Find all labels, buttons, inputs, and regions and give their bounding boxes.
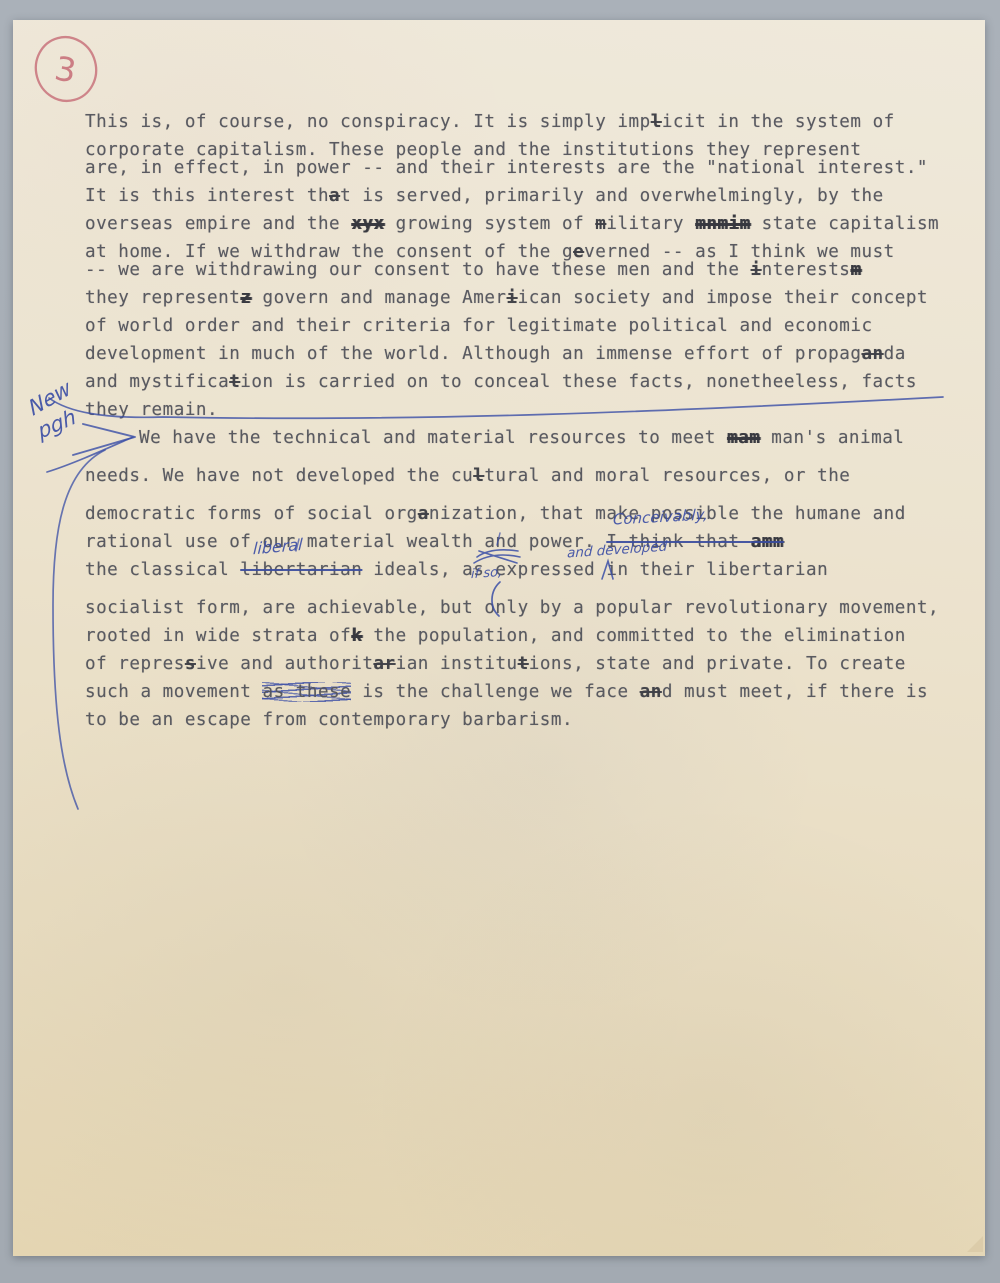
paper-sheet: 3 This is, of course, no conspiracy. It … — [13, 20, 985, 1256]
typed-segment: z — [240, 288, 251, 308]
typed-segment: and mystifica — [85, 372, 229, 392]
typed-line: such a movement as these is the challeng… — [85, 683, 977, 701]
typed-segment: growing system of — [385, 214, 596, 234]
typed-segment: state capitalism — [751, 214, 940, 234]
typed-segment: overseas empire and the — [85, 214, 351, 234]
typed-segment: l — [473, 466, 484, 486]
typed-segment: ilitary — [606, 214, 695, 234]
typed-segment: ican society and impose their concept — [518, 288, 928, 308]
typed-line: of repressive and authoritarian institut… — [85, 655, 977, 673]
typed-line: We have the technical and material resou… — [85, 429, 977, 447]
typed-segment: democratic forms of social org — [85, 504, 418, 524]
scan-background: { "page": { "kind": "typewritten manuscr… — [0, 0, 1000, 1283]
typed-segment: This is, of course, no conspiracy. It is… — [85, 112, 651, 132]
typed-line: democratic forms of social organization,… — [85, 505, 977, 523]
typed-segment: -- we are withdrawing our consent to hav… — [85, 260, 751, 280]
typed-segment: t — [229, 372, 240, 392]
typed-segment: the population, and committed to the eli… — [362, 626, 906, 646]
typed-segment: xyx — [351, 214, 384, 234]
typed-segment: an — [861, 344, 883, 364]
typed-line: rooted in wide strata ofk the population… — [85, 627, 977, 645]
typed-line: corporate capitalism. These people and t… — [85, 141, 977, 159]
typed-segment: e — [573, 242, 584, 262]
handwritten-insertion-if-so: if so, — [471, 565, 503, 582]
typed-segment: to be an escape from contemporary barbar… — [85, 710, 573, 730]
typed-segment: i — [751, 260, 762, 280]
typed-segment: needs. We have not developed the cu — [85, 466, 473, 486]
typed-line: needs. We have not developed the cultura… — [85, 467, 977, 485]
typed-segment: m — [850, 260, 861, 280]
typed-segment: govern and manage Amer — [251, 288, 506, 308]
typed-line: and mystification is carried on to conce… — [85, 373, 977, 391]
typed-line: at home. If we withdraw the consent of t… — [85, 243, 977, 261]
typed-segment: ions, state and private. To create — [529, 654, 906, 674]
typed-segment: corporate capitalism. These people and t… — [85, 140, 861, 160]
typed-segment: they remain. — [85, 400, 218, 420]
typed-segment: amm — [751, 532, 784, 552]
typed-segment: man's animal — [760, 428, 904, 448]
typed-line: -- we are withdrawing our consent to hav… — [85, 261, 977, 279]
typed-segment: libertarian — [240, 560, 362, 580]
typed-segment: verned -- as I think we must — [584, 242, 895, 262]
typed-segment: m — [595, 214, 606, 234]
typed-segment: an — [640, 682, 662, 702]
typed-segment: s — [185, 654, 196, 674]
typed-segment: of repres — [85, 654, 185, 674]
typed-line: the classical libertarian ideals, as exp… — [85, 561, 977, 579]
typed-segment: socialist form, are achievable, but only… — [85, 598, 939, 618]
typed-segment: icit in the system of — [662, 112, 895, 132]
typed-line: to be an escape from contemporary barbar… — [85, 711, 977, 729]
typed-line: rational use of our material wealth and … — [85, 533, 977, 551]
typed-segment: they represent — [85, 288, 240, 308]
typed-segment: mam — [727, 428, 760, 448]
typed-segment: rational use of our material wealth and … — [85, 532, 606, 552]
typed-segment: It is this interest th — [85, 186, 329, 206]
typed-segment: as these — [262, 682, 351, 702]
typed-segment: rooted in wide strata of — [85, 626, 351, 646]
typed-segment: development in much of the world. Althou… — [85, 344, 861, 364]
typed-segment: mnmim — [695, 214, 750, 234]
typed-segment: t is served, primarily and overwhelmingl… — [340, 186, 884, 206]
typed-line: This is, of course, no conspiracy. It is… — [85, 113, 977, 131]
typed-line: socialist form, are achievable, but only… — [85, 599, 977, 617]
typed-segment: ar — [373, 654, 395, 674]
typed-segment: nterests — [762, 260, 851, 280]
typed-segment: ion is carried on to conceal these facts… — [240, 372, 917, 392]
typed-segment: such a movement — [85, 682, 262, 702]
typed-segment: of world order and their criteria for le… — [85, 316, 873, 336]
typed-segment: t — [518, 654, 529, 674]
typed-segment: the classical — [85, 560, 240, 580]
typed-line: It is this interest that is served, prim… — [85, 187, 977, 205]
typed-segment: ideals, as expressed in their libertaria… — [362, 560, 828, 580]
typed-line: of world order and their criteria for le… — [85, 317, 977, 335]
paper-corner-fold — [967, 1236, 983, 1252]
typed-segment: ian institu — [396, 654, 518, 674]
typed-segment: i — [507, 288, 518, 308]
typed-segment: at home. If we withdraw the consent of t… — [85, 242, 573, 262]
typed-segment: a — [418, 504, 429, 524]
typed-segment: We have the technical and material resou… — [139, 428, 727, 448]
typed-line: are, in effect, in power -- and their in… — [85, 159, 977, 177]
typed-segment: ive and authorit — [196, 654, 373, 674]
typed-text-block: This is, of course, no conspiracy. It is… — [85, 113, 977, 729]
typed-segment: d must meet, if there is — [662, 682, 928, 702]
typed-segment: da — [884, 344, 906, 364]
typed-line: they remain. — [85, 401, 977, 419]
typed-segment: tural and moral resources, or the — [484, 466, 850, 486]
typed-segment: a — [329, 186, 340, 206]
typed-line: overseas empire and the xyx growing syst… — [85, 215, 977, 233]
typed-segment: k — [351, 626, 362, 646]
typed-segment: l — [651, 112, 662, 132]
page-number-handwritten: 3 — [52, 48, 79, 90]
typed-segment: is the challenge we face — [351, 682, 639, 702]
typed-line: they representz govern and manage Amerii… — [85, 289, 977, 307]
typed-segment: are, in effect, in power -- and their in… — [85, 158, 928, 178]
typed-line: development in much of the world. Althou… — [85, 345, 977, 363]
